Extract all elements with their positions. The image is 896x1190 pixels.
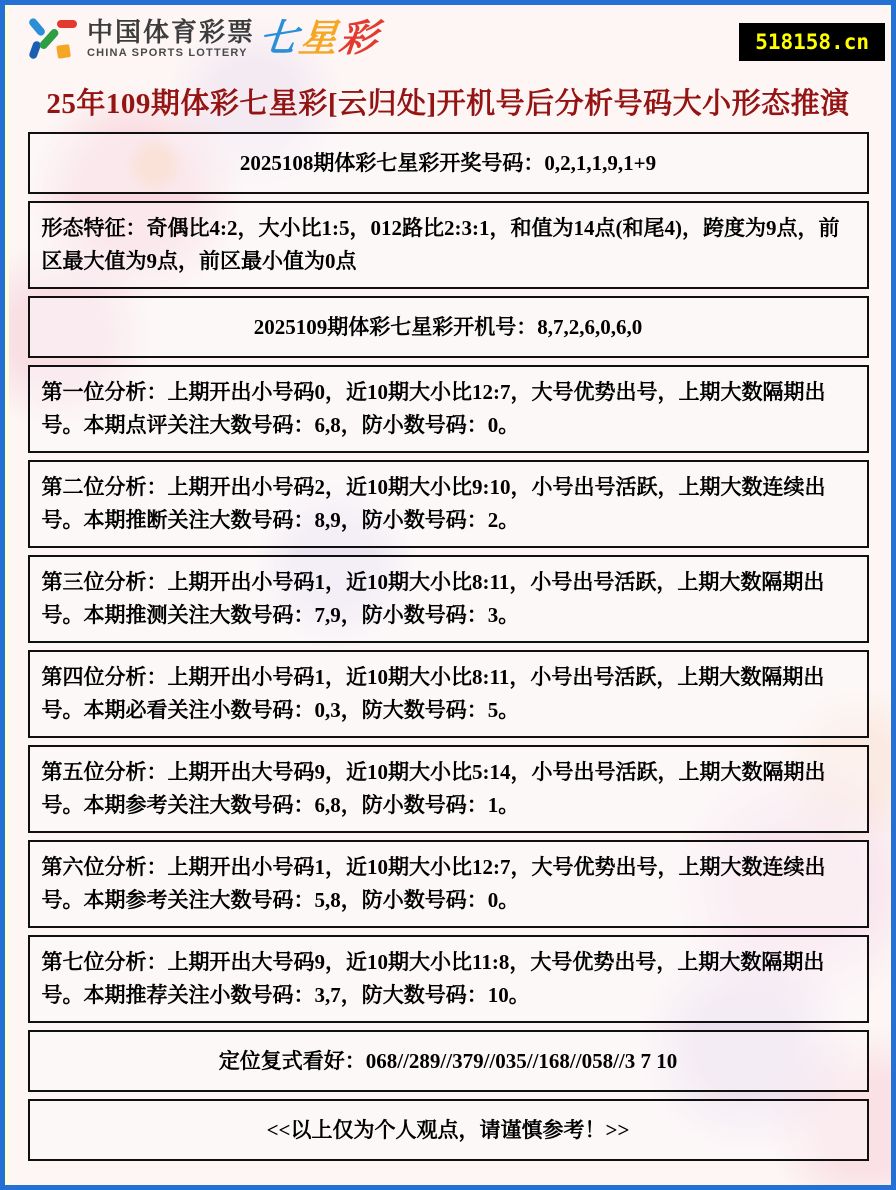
- disclaimer-text: <<以上仅为个人观点，请谨慎参考！>>: [267, 1114, 630, 1147]
- position-5-analysis-box: 第五位分析：上期开出大号码9，近10期大小比5:14，小号出号活跃，上期大数隔期…: [28, 745, 869, 833]
- position-3-analysis-text: 第三位分析：上期开出小号码1，近10期大小比8:11，小号出号活跃，上期大数隔期…: [42, 566, 855, 631]
- position-1-analysis-box: 第一位分析：上期开出小号码0，近10期大小比12:7，大号优势出号，上期大数隔期…: [28, 365, 869, 453]
- position-4-analysis-text: 第四位分析：上期开出小号码1，近10期大小比8:11，小号出号活跃，上期大数隔期…: [42, 661, 855, 726]
- position-2-analysis-text: 第二位分析：上期开出小号码2，近10期大小比9:10，小号出号活跃，上期大数连续…: [42, 471, 855, 536]
- sports-lottery-logo-icon: [27, 13, 79, 65]
- position-7-analysis-box: 第七位分析：上期开出大号码9，近10期大小比11:8，大号优势出号，上期大数隔期…: [28, 935, 869, 1023]
- previous-draw-result-text: 2025108期体彩七星彩开奖号码：0,2,1,1,9,1+9: [240, 147, 656, 180]
- recommended-combo-box: 定位复式看好：068//289//379//035//168//058//3 7…: [28, 1030, 869, 1092]
- position-6-analysis-text: 第六位分析：上期开出小号码1，近10期大小比12:7，大号优势出号，上期大数连续…: [42, 851, 855, 916]
- page-header: 中国体育彩票 CHINA SPORTS LOTTERY 七 星 彩 518158…: [5, 11, 891, 73]
- china-sports-lottery-logo: 中国体育彩票 CHINA SPORTS LOTTERY 七 星 彩: [27, 13, 379, 65]
- logo-text-block: 中国体育彩票 CHINA SPORTS LOTTERY: [87, 19, 255, 59]
- position-2-analysis-box: 第二位分析：上期开出小号码2，近10期大小比9:10，小号出号活跃，上期大数连续…: [28, 460, 869, 548]
- machine-number-box: 2025109期体彩七星彩开机号：8,7,2,6,0,6,0: [28, 296, 869, 358]
- brand-char-cai: 彩: [337, 20, 381, 58]
- disclaimer-box: <<以上仅为个人观点，请谨慎参考！>>: [28, 1099, 869, 1161]
- pattern-features-box: 形态特征：奇偶比4:2，大小比1:5，012路比2:3:1，和值为14点(和尾4…: [28, 201, 869, 289]
- brand-char-xing: 星: [297, 20, 341, 58]
- brand-char-qi: 七: [257, 20, 301, 58]
- qixingcai-brand-wordmark: 七 星 彩: [257, 20, 381, 58]
- site-domain-badge: 518158.cn: [739, 23, 885, 61]
- position-5-analysis-text: 第五位分析：上期开出大号码9，近10期大小比5:14，小号出号活跃，上期大数隔期…: [42, 756, 855, 821]
- position-1-analysis-text: 第一位分析：上期开出小号码0，近10期大小比12:7，大号优势出号，上期大数隔期…: [42, 376, 855, 441]
- content-boxes: 2025108期体彩七星彩开奖号码：0,2,1,1,9,1+9 形态特征：奇偶比…: [28, 132, 869, 1161]
- page-title: 25年109期体彩七星彩[云归处]开机号后分析号码大小形态推演: [31, 81, 865, 122]
- previous-draw-result-box: 2025108期体彩七星彩开奖号码：0,2,1,1,9,1+9: [28, 132, 869, 194]
- logo-english-name: CHINA SPORTS LOTTERY: [87, 48, 255, 59]
- lottery-analysis-page: 中国体育彩票 CHINA SPORTS LOTTERY 七 星 彩 518158…: [0, 0, 896, 1190]
- position-3-analysis-box: 第三位分析：上期开出小号码1，近10期大小比8:11，小号出号活跃，上期大数隔期…: [28, 555, 869, 643]
- position-4-analysis-box: 第四位分析：上期开出小号码1，近10期大小比8:11，小号出号活跃，上期大数隔期…: [28, 650, 869, 738]
- logo-chinese-name: 中国体育彩票: [87, 19, 255, 45]
- machine-number-text: 2025109期体彩七星彩开机号：8,7,2,6,0,6,0: [254, 311, 643, 344]
- pattern-features-text: 形态特征：奇偶比4:2，大小比1:5，012路比2:3:1，和值为14点(和尾4…: [42, 212, 855, 277]
- position-7-analysis-text: 第七位分析：上期开出大号码9，近10期大小比11:8，大号优势出号，上期大数隔期…: [42, 946, 855, 1011]
- recommended-combo-text: 定位复式看好：068//289//379//035//168//058//3 7…: [219, 1045, 678, 1078]
- position-6-analysis-box: 第六位分析：上期开出小号码1，近10期大小比12:7，大号优势出号，上期大数连续…: [28, 840, 869, 928]
